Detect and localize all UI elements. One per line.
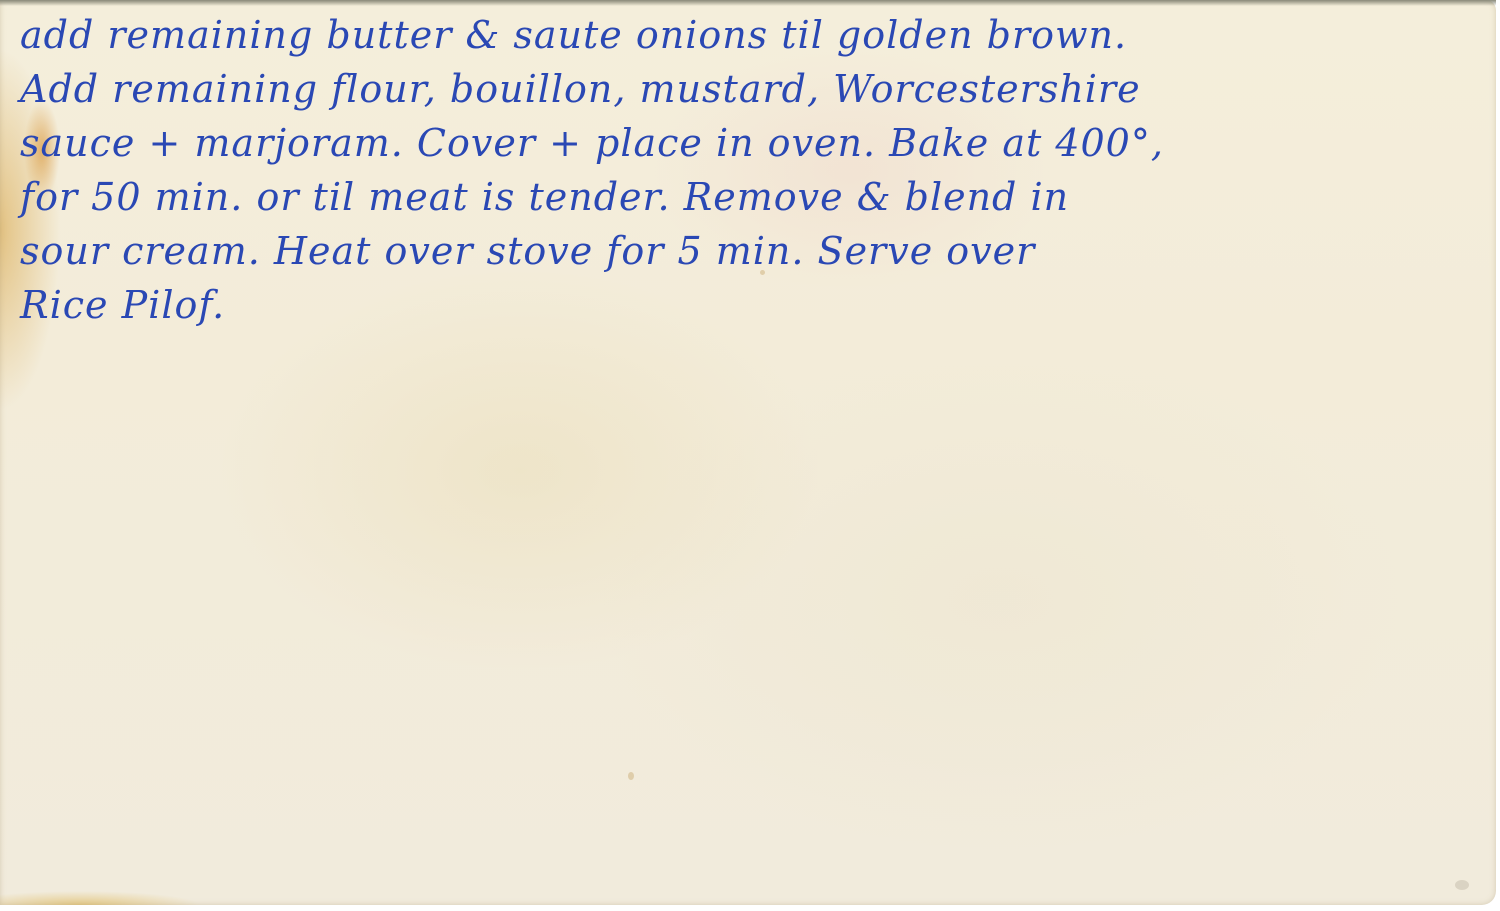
text-line-2: Add remaining flour, bouillon, mustard, … xyxy=(20,62,1470,116)
recipe-card: add remaining butter & saute onions til … xyxy=(0,0,1496,905)
text-line-3: sauce + marjoram. Cover + place in oven.… xyxy=(20,116,1470,170)
stain-spot xyxy=(628,772,634,780)
handwritten-text: add remaining butter & saute onions til … xyxy=(20,8,1470,332)
text-line-6: Rice Pilof. xyxy=(20,278,1470,332)
text-line-5: sour cream. Heat over stove for 5 min. S… xyxy=(20,224,1470,278)
text-line-1: add remaining butter & saute onions til … xyxy=(20,8,1470,62)
stain-spot xyxy=(1455,880,1469,890)
text-line-4: for 50 min. or til meat is tender. Remov… xyxy=(20,170,1470,224)
